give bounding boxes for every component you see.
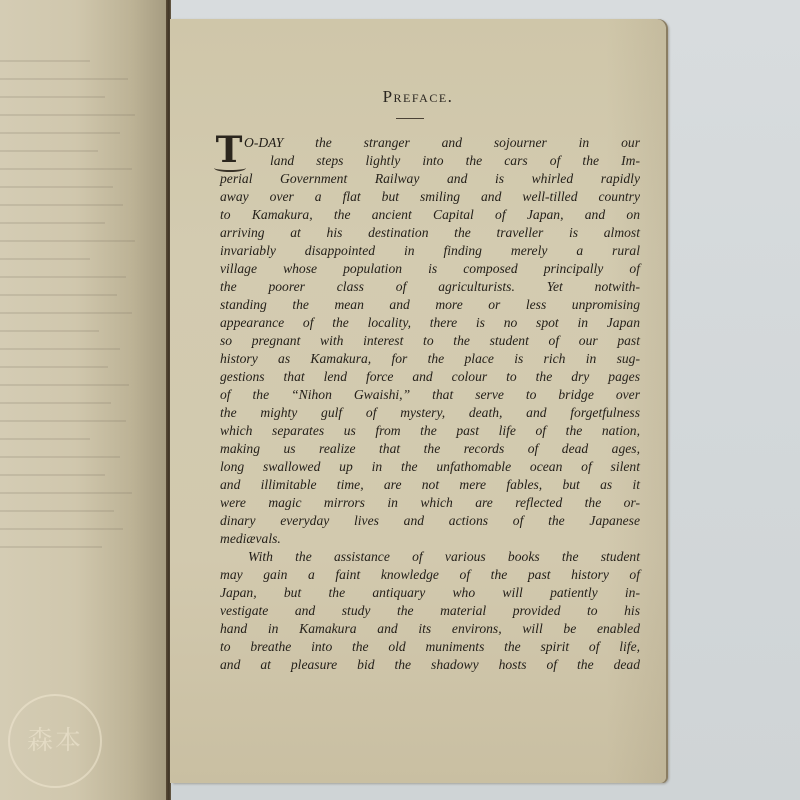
text-line: making us realize that the records of de…: [220, 440, 640, 458]
preface-body: T O-DAY the stranger and sojourner in ou…: [220, 134, 640, 674]
book-photo: 森本 Preface. T O-DAY the stranger and soj…: [0, 0, 800, 800]
left-page: 森本: [0, 0, 168, 800]
text-line: village whose population is composed pri…: [220, 260, 640, 278]
text-line: away over a flat but smiling and well-ti…: [220, 188, 640, 206]
text-line: history as Kamakura, for the place is ri…: [220, 350, 640, 368]
text-line: so pregnant with interest to the student…: [220, 332, 640, 350]
page-title: Preface.: [170, 87, 666, 107]
text-line: appearance of the locality, there is no …: [220, 314, 640, 332]
text-line: With the assistance of various books the…: [220, 548, 640, 566]
text-line: mediævals.: [220, 530, 640, 548]
text-line: and illimitable time, are not mere fable…: [220, 476, 640, 494]
text-line: vestigate and study the material provide…: [220, 602, 640, 620]
text-line: hand in Kamakura and its environs, will …: [220, 620, 640, 638]
right-page: Preface. T O-DAY the stranger and sojour…: [170, 19, 666, 783]
text-line: were magic mirrors in which are reflecte…: [220, 494, 640, 512]
seal-watermark: 森本: [8, 694, 102, 788]
text-line: the poorer class of agriculturists. Yet …: [220, 278, 640, 296]
bleed-through-text: [0, 60, 150, 560]
text-line: dinary everyday lives and actions of the…: [220, 512, 640, 530]
text-line: which separates us from the past life of…: [220, 422, 640, 440]
text-line: and at pleasure bid the shadowy hosts of…: [220, 656, 640, 674]
text-line: may gain a faint knowledge of the past h…: [220, 566, 640, 584]
text-line: the mighty gulf of mystery, death, and f…: [220, 404, 640, 422]
decorative-drop-cap: T: [214, 132, 244, 170]
text-line: land steps lightly into the cars of the …: [220, 152, 640, 170]
text-line: to breathe into the old muniments the sp…: [220, 638, 640, 656]
text-line: invariably disappointed in finding merel…: [220, 242, 640, 260]
text-line: perial Government Railway and is whirled…: [220, 170, 640, 188]
text-line: arriving at his destination the travelle…: [220, 224, 640, 242]
text-line: long swallowed up in the unfathomable oc…: [220, 458, 640, 476]
text-line: standing the mean and more or less unpro…: [220, 296, 640, 314]
text-line: to Kamakura, the ancient Capital of Japa…: [220, 206, 640, 224]
text-line: O-DAY the stranger and sojourner in our: [220, 134, 640, 152]
text-line: Japan, but the antiquary who will patien…: [220, 584, 640, 602]
title-rule-divider: [396, 118, 424, 119]
text-line: of the “Nihon Gwaishi,” that serve to br…: [220, 386, 640, 404]
text-line: gestions that lend force and colour to t…: [220, 368, 640, 386]
